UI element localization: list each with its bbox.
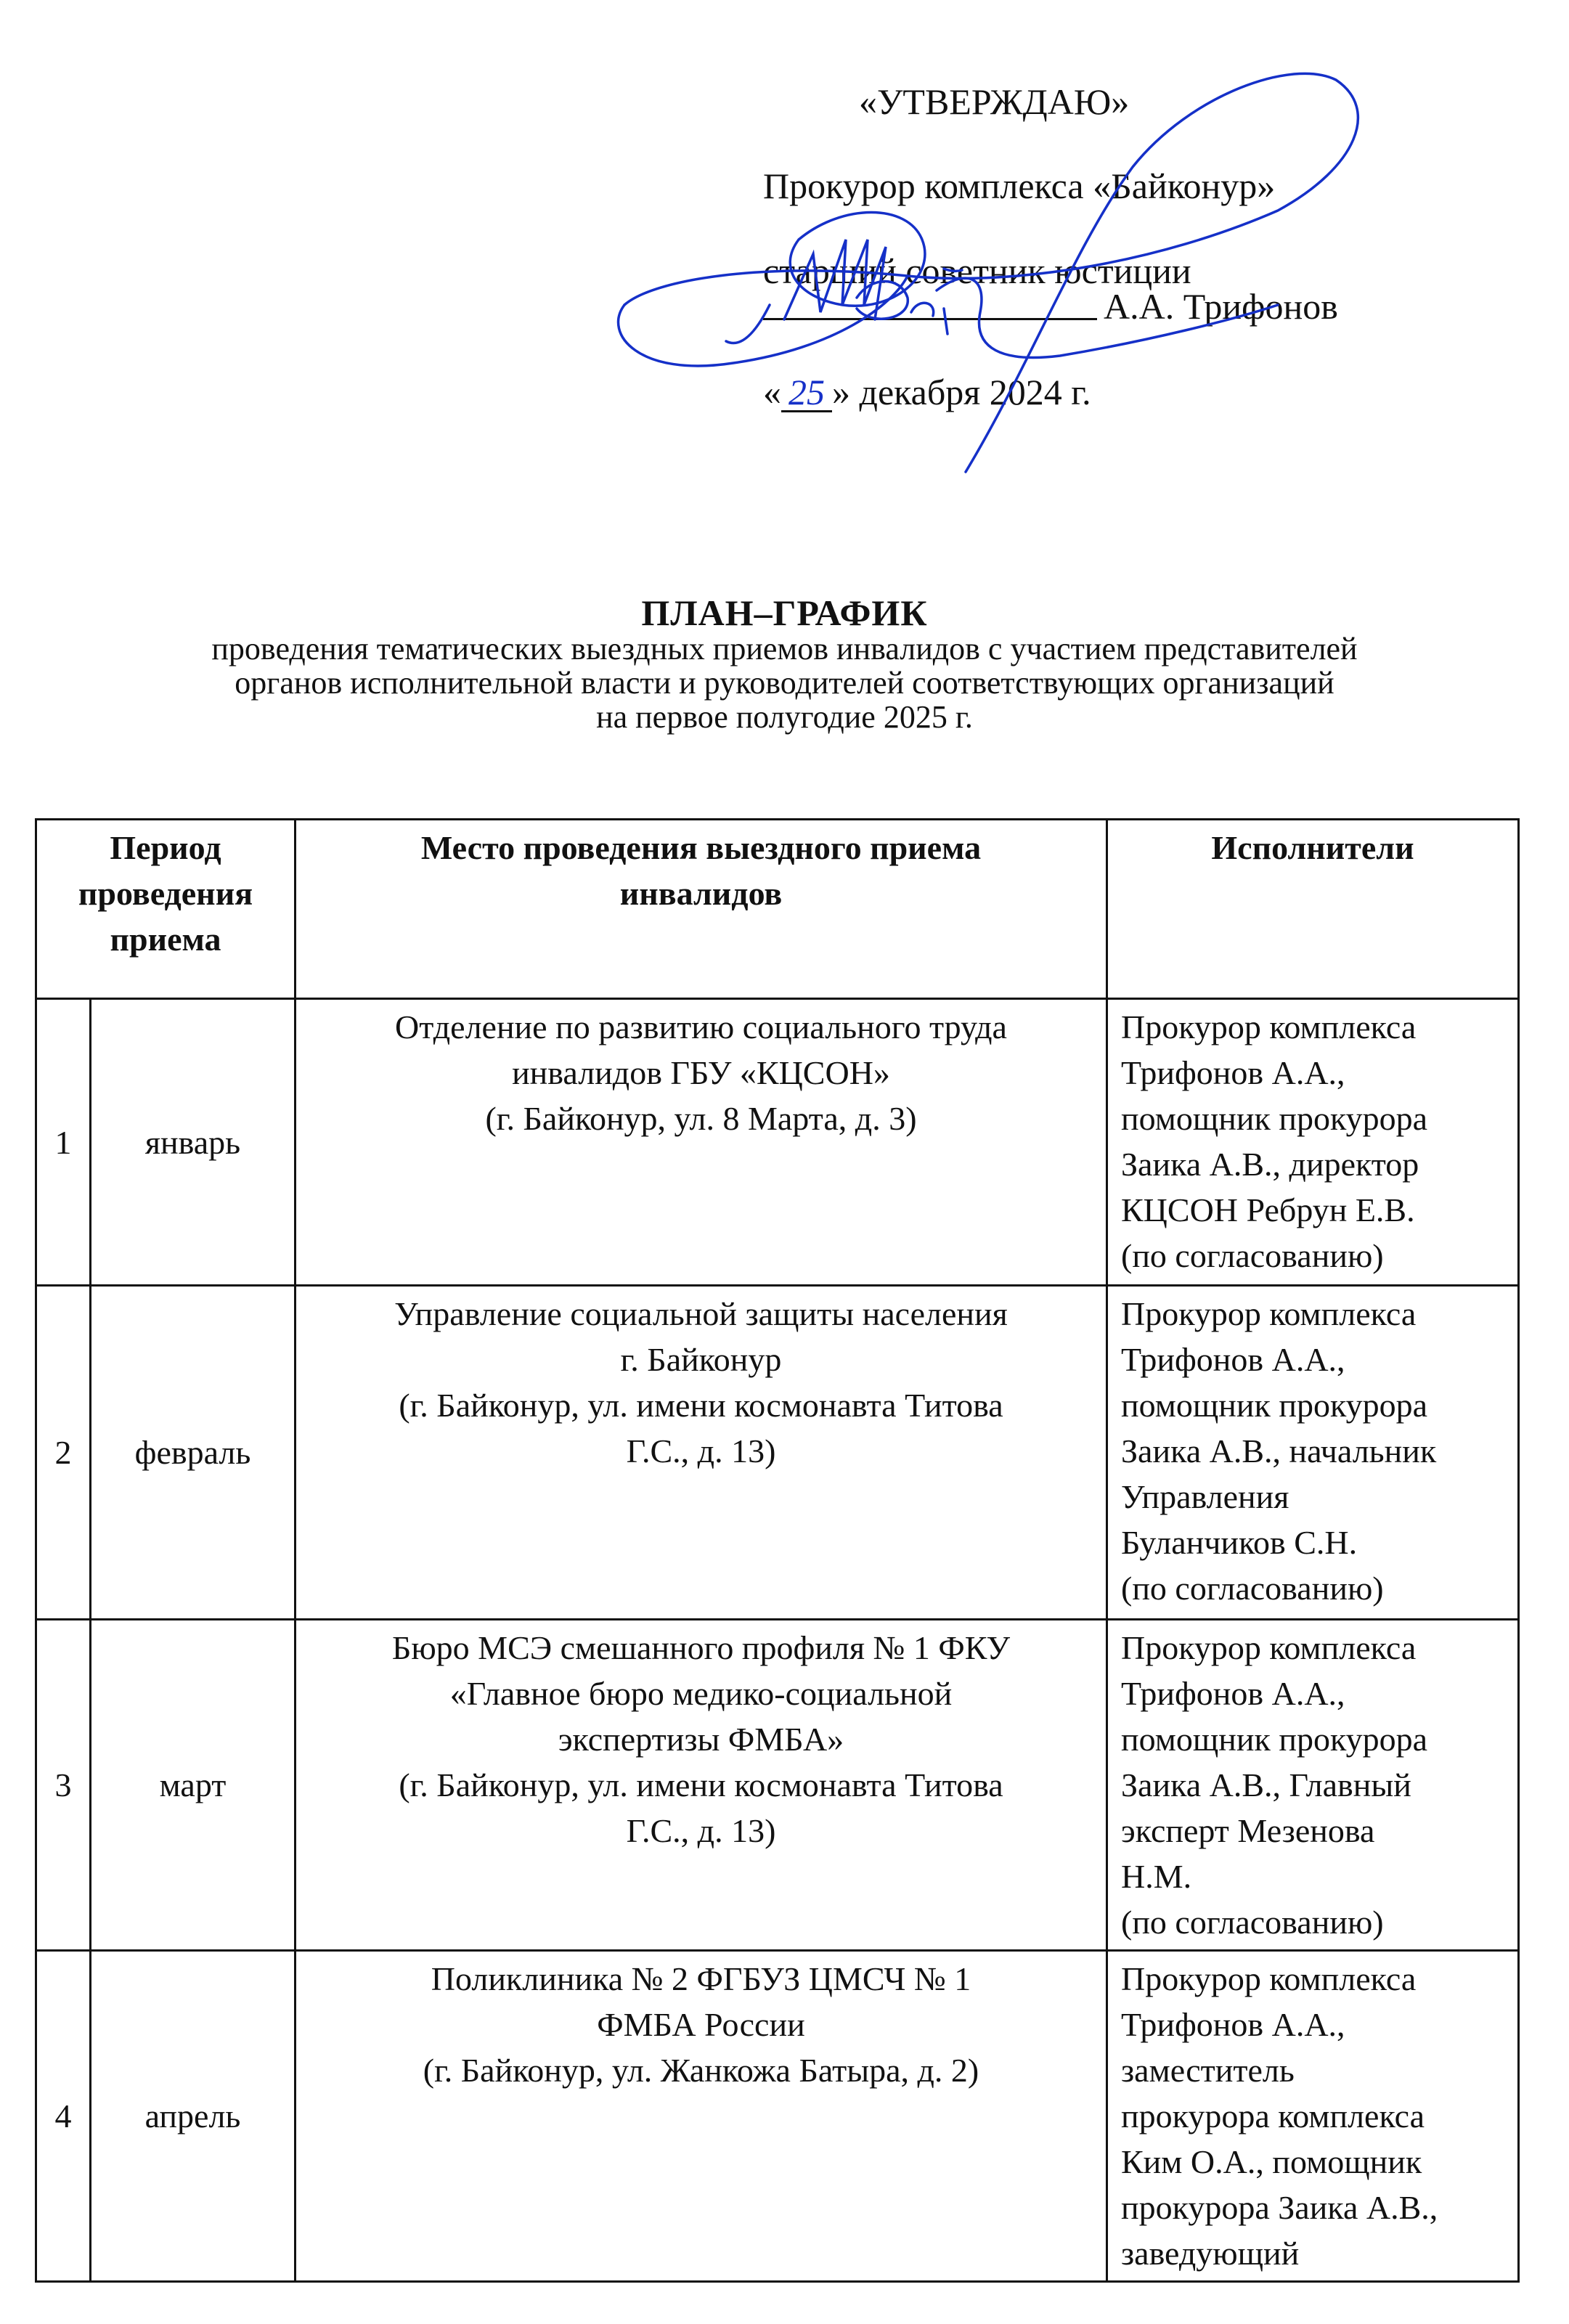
place-line: Отделение по развитию социального труда	[303, 1004, 1099, 1050]
place-line: Управление социальной защиты населения	[303, 1291, 1099, 1337]
place-line: (г. Байконур, ул. Жанкожа Батыра, д. 2)	[303, 2047, 1099, 2093]
row-place: Бюро МСЭ смешанного профиля № 1 ФКУ«Глав…	[296, 1620, 1107, 1951]
header-period: Период проведения приема	[36, 820, 296, 999]
signature-line	[763, 318, 1097, 320]
schedule-table: Период проведения приема Место проведени…	[35, 818, 1520, 2283]
executor-line: заместитель	[1121, 2047, 1510, 2093]
place-line: Поликлиника № 2 ФГБУЗ ЦМСЧ № 1	[303, 1956, 1099, 2002]
table-row: 2февральУправление социальной защиты нас…	[36, 1286, 1519, 1620]
date-prefix: «	[763, 372, 781, 412]
row-number: 4	[36, 1951, 91, 2282]
executor-line: эксперт Мезенова	[1121, 1808, 1510, 1854]
row-place: Отделение по развитию социального трудаи…	[296, 999, 1107, 1286]
place-line: (г. Байконур, ул. имени космонавта Титов…	[303, 1762, 1099, 1808]
executor-line: Заика А.В., Главный	[1121, 1762, 1510, 1808]
place-line: (г. Байконур, ул. имени космонавта Титов…	[303, 1382, 1099, 1428]
executor-line: помощник прокурора	[1121, 1716, 1510, 1762]
executor-line: Прокурор комплекса	[1121, 1291, 1510, 1337]
approval-heading: «УТВЕРЖДАЮ»	[859, 81, 1129, 122]
executor-line: Управления	[1121, 1474, 1510, 1520]
place-line: Г.С., д. 13)	[303, 1428, 1099, 1474]
row-number: 3	[36, 1620, 91, 1951]
subtitle-line: органов исполнительной власти и руководи…	[0, 666, 1569, 700]
row-month: апрель	[91, 1951, 296, 2282]
place-line: «Главное бюро медико-социальной	[303, 1671, 1099, 1716]
approver-rank: старший советник юстиции	[763, 250, 1191, 291]
row-executors: Прокурор комплексаТрифонов А.А.,помощник…	[1107, 1286, 1519, 1620]
row-month: март	[91, 1620, 296, 1951]
row-month: февраль	[91, 1286, 296, 1620]
row-place: Управление социальной защиты населенияг.…	[296, 1286, 1107, 1620]
executor-line: (по согласованию)	[1121, 1565, 1510, 1611]
executor-line: заведующий	[1121, 2230, 1510, 2276]
executor-line: Н.М.	[1121, 1854, 1510, 1899]
executor-line: Трифонов А.А.,	[1121, 1050, 1510, 1096]
executor-line: помощник прокурора	[1121, 1382, 1510, 1428]
row-month: январь	[91, 999, 296, 1286]
row-executors: Прокурор комплексаТрифонов А.А.,помощник…	[1107, 1620, 1519, 1951]
executor-line: Заика А.В., начальник	[1121, 1428, 1510, 1474]
approval-date: «25» декабря 2024 г.	[763, 372, 1091, 412]
row-place: Поликлиника № 2 ФГБУЗ ЦМСЧ № 1ФМБА Росси…	[296, 1951, 1107, 2282]
subtitle-line: на первое полугодие 2025 г.	[0, 700, 1569, 734]
executor-line: прокурора комплекса	[1121, 2093, 1510, 2139]
header-place: Место проведения выездного приема инвали…	[296, 820, 1107, 999]
document-subtitle: проведения тематических выездных приемов…	[0, 632, 1569, 734]
place-line: ФМБА России	[303, 2002, 1099, 2047]
row-number: 2	[36, 1286, 91, 1620]
row-executors: Прокурор комплексаТрифонов А.А.,помощник…	[1107, 999, 1519, 1286]
place-line: экспертизы ФМБА»	[303, 1716, 1099, 1762]
document-title: ПЛАН–ГРАФИК	[0, 592, 1569, 633]
executor-line: (по согласованию)	[1121, 1899, 1510, 1945]
place-line: Бюро МСЭ смешанного профиля № 1 ФКУ	[303, 1625, 1099, 1671]
subtitle-line: проведения тематических выездных приемов…	[0, 632, 1569, 666]
date-day-handwritten: 25	[781, 374, 832, 412]
table-row: 4апрельПоликлиника № 2 ФГБУЗ ЦМСЧ № 1ФМБ…	[36, 1951, 1519, 2282]
executor-line: Буланчиков С.Н.	[1121, 1520, 1510, 1565]
approver-position: Прокурор комплекса «Байконур»	[763, 166, 1275, 206]
executor-line: Трифонов А.А.,	[1121, 2002, 1510, 2047]
executor-line: Прокурор комплекса	[1121, 1956, 1510, 2002]
executor-line: помощник прокурора	[1121, 1096, 1510, 1141]
table-row: 1январьОтделение по развитию социального…	[36, 999, 1519, 1286]
date-suffix: » декабря 2024 г.	[832, 372, 1091, 412]
executor-line: Заика А.В., директор	[1121, 1141, 1510, 1187]
executor-line: Трифонов А.А.,	[1121, 1337, 1510, 1382]
place-line: Г.С., д. 13)	[303, 1808, 1099, 1854]
executor-line: Прокурор комплекса	[1121, 1625, 1510, 1671]
table-row: 3мартБюро МСЭ смешанного профиля № 1 ФКУ…	[36, 1620, 1519, 1951]
executor-line: Прокурор комплекса	[1121, 1004, 1510, 1050]
executor-line: прокурора Заика А.В.,	[1121, 2185, 1510, 2230]
row-executors: Прокурор комплексаТрифонов А.А.,заместит…	[1107, 1951, 1519, 2282]
header-executors: Исполнители	[1107, 820, 1519, 999]
executor-line: Трифонов А.А.,	[1121, 1671, 1510, 1716]
executor-line: Ким О.А., помощник	[1121, 2139, 1510, 2185]
table-header-row: Период проведения приема Место проведени…	[36, 820, 1519, 999]
approver-name: А.А. Трифонов	[1104, 286, 1338, 327]
row-number: 1	[36, 999, 91, 1286]
place-line: (г. Байконур, ул. 8 Марта, д. 3)	[303, 1096, 1099, 1141]
executor-line: КЦСОН Ребрун Е.В.	[1121, 1187, 1510, 1233]
place-line: г. Байконур	[303, 1337, 1099, 1382]
executor-line: (по согласованию)	[1121, 1233, 1510, 1279]
place-line: инвалидов ГБУ «КЦСОН»	[303, 1050, 1099, 1096]
